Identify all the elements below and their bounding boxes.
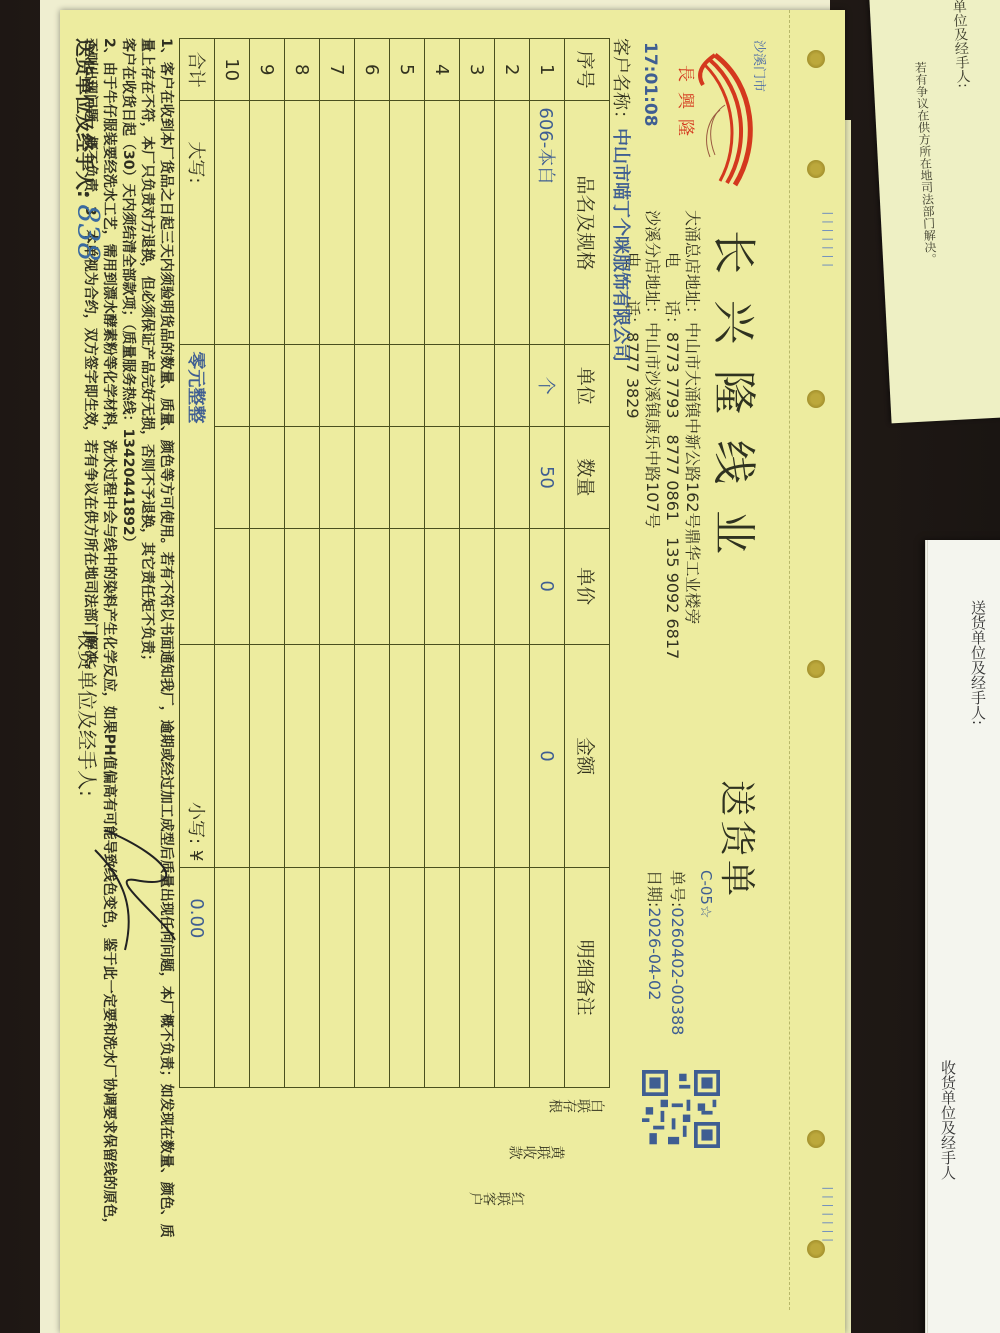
delivery-note-paper: ||||||| ||||||| 沙溪门市 長興隆 长兴隆线业 送货单 大涌总店地… <box>60 10 845 1333</box>
cell-qty <box>355 427 390 528</box>
terms-line-2: 客户在收货日起（30）天内须结清全部款项；（质量服务热线：13420441892… <box>118 38 137 1238</box>
order-date-value: 2026-04-02 <box>645 907 664 1000</box>
cell-amount <box>250 644 285 868</box>
cell-name <box>320 101 355 345</box>
cell-name <box>495 101 530 345</box>
cell-amount <box>215 644 250 868</box>
background-text: 若有争议在供方所在地司法部门解决。 <box>913 61 938 265</box>
header-price: 单价 <box>565 528 610 644</box>
cell-price <box>460 528 495 644</box>
table-row: 8 <box>285 39 320 1088</box>
cell-qty <box>285 427 320 528</box>
copy-label-red: 红联客户 <box>469 1188 525 1208</box>
total-capital-value: 零元整整 <box>180 345 215 644</box>
cell-price <box>495 528 530 644</box>
sender-label: 送货单位及经手人: <box>73 38 95 198</box>
cell-no: 9 <box>250 39 285 101</box>
order-date-label: 日期: <box>645 870 664 907</box>
cell-amount <box>390 644 425 868</box>
cell-no: 8 <box>285 39 320 101</box>
printer-mark: ||||||| <box>822 210 835 270</box>
cell-unit <box>460 345 495 427</box>
logo-name: 長興隆 <box>675 65 700 146</box>
cell-unit <box>250 345 285 427</box>
order-date: 日期:2026-04-02 <box>644 870 667 1000</box>
cell-no: 10 <box>215 39 250 101</box>
cell-price: 0 <box>530 528 565 644</box>
perforation-hole <box>807 1130 825 1148</box>
cell-note <box>390 868 425 1088</box>
table-row: 3 <box>460 39 495 1088</box>
cell-amount <box>460 644 495 868</box>
cell-no: 1 <box>530 39 565 101</box>
company-name: 长兴隆线业 <box>706 230 770 580</box>
cell-unit <box>215 345 250 427</box>
delivery-note-form: ||||||| ||||||| 沙溪门市 長興隆 长兴隆线业 送货单 大涌总店地… <box>65 10 845 1310</box>
cell-note <box>250 868 285 1088</box>
cell-note <box>460 868 495 1088</box>
cell-amount <box>355 644 390 868</box>
cell-qty <box>320 427 355 528</box>
cell-unit <box>425 345 460 427</box>
cell-note <box>425 868 460 1088</box>
copy-label-yellow: 黄联收款 <box>509 1141 565 1161</box>
cell-qty: 50 <box>530 427 565 528</box>
background-text: 单位及经手人: <box>950 0 971 88</box>
table-row: 7 <box>320 39 355 1088</box>
sender-handwritten-signature: 838 <box>70 204 105 261</box>
cell-name <box>425 101 460 345</box>
perforation-hole <box>807 50 825 68</box>
head-office-phone: 电 话：8773 7793 8777 0861 135 9092 6817 <box>662 210 685 659</box>
qr-code-icon <box>642 1070 720 1148</box>
address-label: 沙溪分店地址： <box>643 210 662 322</box>
cell-name: 606-本白 <box>530 101 565 345</box>
cell-name <box>215 101 250 345</box>
perforation-strip: ||||||| ||||||| <box>775 10 845 1310</box>
header-no: 序号 <box>565 39 610 101</box>
table-row: 9 <box>250 39 285 1088</box>
table-header-row: 序号 品名及规格 单位 数量 单价 金额 明细备注 <box>565 39 610 1088</box>
phone-label: 电 话： <box>663 210 682 332</box>
cell-no: 5 <box>390 39 425 101</box>
cell-price <box>250 528 285 644</box>
swoosh-logo-icon <box>690 45 765 195</box>
cell-price <box>285 528 320 644</box>
cell-qty <box>215 427 250 528</box>
head-office-address: 大涌总店地址：中山市大涌镇中新公路162号鼎华工业楼旁 <box>682 210 705 625</box>
perforation-hole <box>807 160 825 178</box>
header-name: 品名及规格 <box>565 101 610 345</box>
customer-name-line: 客户名称：中山市喵丁个咪服饰有限公司 <box>609 38 635 362</box>
cell-no: 7 <box>320 39 355 101</box>
items-table: 序号 品名及规格 单位 数量 单价 金额 明细备注 1 606-本白 个 50 … <box>179 38 610 1088</box>
cell-amount <box>285 644 320 868</box>
cell-amount <box>320 644 355 868</box>
table-row: 6 <box>355 39 390 1088</box>
company-logo: 沙溪门市 長興隆 <box>675 40 770 190</box>
document-type-title: 送货单 <box>714 780 765 900</box>
perforation-hole <box>807 660 825 678</box>
receiver-label: 收货单位及经手人: <box>75 630 99 797</box>
cell-unit <box>355 345 390 427</box>
copy-labels: 白联存根 黄联收款 红联客户 <box>469 1095 605 1310</box>
cell-unit <box>390 345 425 427</box>
receiver-signature-line: 收货单位及经手人: <box>74 630 103 797</box>
table-row: 4 <box>425 39 460 1088</box>
header-unit: 单位 <box>565 345 610 427</box>
receiver-signature-scribble-icon <box>75 820 195 960</box>
background-text: 送货单位及经手人: <box>968 600 989 725</box>
cell-unit <box>495 345 530 427</box>
cell-note <box>495 868 530 1088</box>
header-note: 明细备注 <box>565 868 610 1088</box>
cell-qty <box>460 427 495 528</box>
printer-mark: ||||||| <box>822 1185 835 1245</box>
sender-signature-line: 送货单位及经手人: 838 <box>70 38 105 262</box>
cell-name <box>390 101 425 345</box>
cell-amount: 0 <box>530 644 565 868</box>
branch-address: 沙溪分店地址：中山市沙溪镇康乐中路107号 <box>642 210 665 529</box>
cell-amount <box>495 644 530 868</box>
form-code: C-05☆ <box>697 870 715 918</box>
cell-unit <box>320 345 355 427</box>
terms-line-1: 1、客户在收到本厂货品之日起三天内须验明货品的数量、质量、颜色等方可使用。若有不… <box>137 38 175 1238</box>
address-value: 中山市大涌镇中新公路162号鼎华工业楼旁 <box>683 322 702 625</box>
cell-name <box>285 101 320 345</box>
cell-unit: 个 <box>530 345 565 427</box>
total-capital-label: 大写: <box>180 101 215 345</box>
cell-price <box>320 528 355 644</box>
table-row: 1 606-本白 个 50 0 0 <box>530 39 565 1088</box>
perforation-hole <box>807 390 825 408</box>
cell-qty <box>425 427 460 528</box>
header-amount: 金额 <box>565 644 610 868</box>
cell-note <box>285 868 320 1088</box>
order-number-label: 单号: <box>668 870 687 907</box>
customer-name: 中山市喵丁个咪服饰有限公司 <box>610 128 631 362</box>
cell-qty <box>390 427 425 528</box>
table-row: 10 <box>215 39 250 1088</box>
cell-name <box>460 101 495 345</box>
table-row: 5 <box>390 39 425 1088</box>
total-label: 合计 <box>180 39 215 101</box>
cell-no: 2 <box>495 39 530 101</box>
cell-amount <box>425 644 460 868</box>
cell-note <box>215 868 250 1088</box>
customer-label: 客户名称： <box>610 38 631 128</box>
cell-unit <box>285 345 320 427</box>
background-paper-stack-top: 单位及经手人: 若有争议在供方所在地司法部门解决。 <box>869 0 1000 423</box>
cell-qty <box>495 427 530 528</box>
cell-no: 4 <box>425 39 460 101</box>
print-time: 17:01:08 <box>640 42 660 127</box>
table-row: 2 <box>495 39 530 1088</box>
cell-note <box>320 868 355 1088</box>
cell-note <box>530 868 565 1088</box>
cell-price <box>355 528 390 644</box>
cell-qty <box>250 427 285 528</box>
cell-price <box>215 528 250 644</box>
cell-price <box>425 528 460 644</box>
cell-note <box>355 868 390 1088</box>
order-number-value: 0260402-00388 <box>668 907 687 1035</box>
cell-no: 6 <box>355 39 390 101</box>
order-number: 单号:0260402-00388 <box>667 870 690 1035</box>
copy-label-white: 白联存根 <box>549 1095 605 1115</box>
background-text: 收货单位及经手人 <box>938 1060 959 1180</box>
header-qty: 数量 <box>565 427 610 528</box>
cell-price <box>390 528 425 644</box>
address-label: 大涌总店地址： <box>683 210 702 322</box>
cell-name <box>355 101 390 345</box>
cell-name <box>250 101 285 345</box>
perforation-line <box>789 10 790 1310</box>
cell-no: 3 <box>460 39 495 101</box>
background-paper-stack-bottom: 送货单位及经手人: 收货单位及经手人 <box>925 540 1000 1333</box>
phone-value: 8773 7793 8777 0861 135 9092 6817 <box>663 332 682 659</box>
address-value: 中山市沙溪镇康乐中路107号 <box>643 322 662 529</box>
